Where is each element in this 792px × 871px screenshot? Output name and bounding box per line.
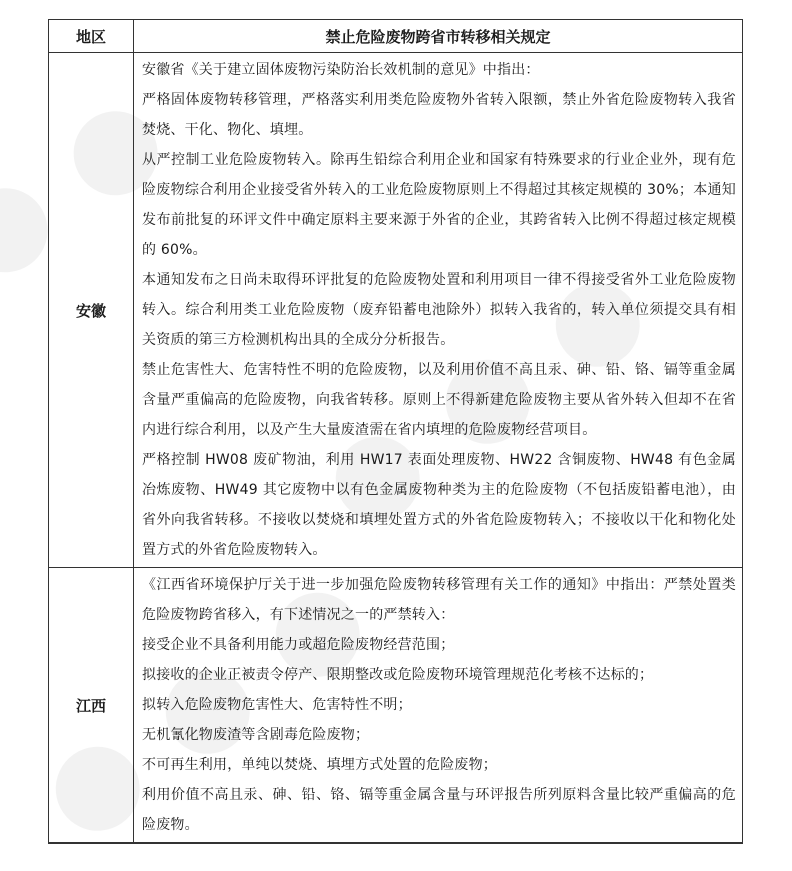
rules-cell: 安徽省《关于建立固体废物污染防治长效机制的意见》中指出： 严格固体废物转移管理，… (134, 53, 743, 568)
rule-paragraph: 《江西省环境保护厅关于进一步加强危险废物转移管理有关工作的通知》中指出：严禁处置… (142, 570, 736, 630)
rule-paragraph: 禁止危害性大、危害特性不明的危险废物，以及利用价值不高且汞、砷、铅、铬、镉等重金… (142, 355, 736, 445)
table-row: 江西 《江西省环境保护厅关于进一步加强危险废物转移管理有关工作的通知》中指出：严… (49, 568, 743, 844)
rule-paragraph: 严格固体废物转移管理，严格落实利用类危险废物外省转入限额，禁止外省危险废物转入我… (142, 85, 736, 145)
header-region: 地区 (49, 20, 134, 53)
rule-paragraph: 不可再生利用，单纯以焚烧、填埋方式处置的危险废物； (142, 750, 736, 780)
table-row: 安徽 安徽省《关于建立固体废物污染防治长效机制的意见》中指出： 严格固体废物转移… (49, 53, 743, 568)
rule-paragraph: 拟转入危险废物危害性大、危害特性不明； (142, 690, 736, 720)
rule-paragraph: 严格控制 HW08 废矿物油，利用 HW17 表面处理废物、HW22 含铜废物、… (142, 445, 736, 565)
rule-paragraph: 接受企业不具备利用能力或超危险废物经营范围； (142, 630, 736, 660)
rule-paragraph: 无机氰化物废渣等含剧毒危险废物； (142, 720, 736, 750)
region-cell: 安徽 (49, 53, 134, 568)
table-header-row: 地区 禁止危险废物跨省市转移相关规定 (49, 20, 743, 53)
rule-paragraph: 本通知发布之日尚未取得环评批复的危险废物处置和利用项目一律不得接受省外工业危险废… (142, 265, 736, 355)
regulations-table: 地区 禁止危险废物跨省市转移相关规定 安徽 安徽省《关于建立固体废物污染防治长效… (48, 19, 743, 844)
region-cell: 江西 (49, 568, 134, 844)
rule-paragraph: 安徽省《关于建立固体废物污染防治长效机制的意见》中指出： (142, 55, 736, 85)
rule-paragraph: 利用价值不高且汞、砷、铅、铬、镉等重金属含量与环评报告所列原料含量比较严重偏高的… (142, 780, 736, 840)
rules-cell: 《江西省环境保护厅关于进一步加强危险废物转移管理有关工作的通知》中指出：严禁处置… (134, 568, 743, 844)
rule-paragraph: 从严控制工业危险废物转入。除再生铅综合利用企业和国家有特殊要求的行业企业外，现有… (142, 145, 736, 265)
rule-paragraph: 拟接收的企业正被责令停产、限期整改或危险废物环境管理规范化考核不达标的； (142, 660, 736, 690)
header-rules: 禁止危险废物跨省市转移相关规定 (134, 20, 743, 53)
